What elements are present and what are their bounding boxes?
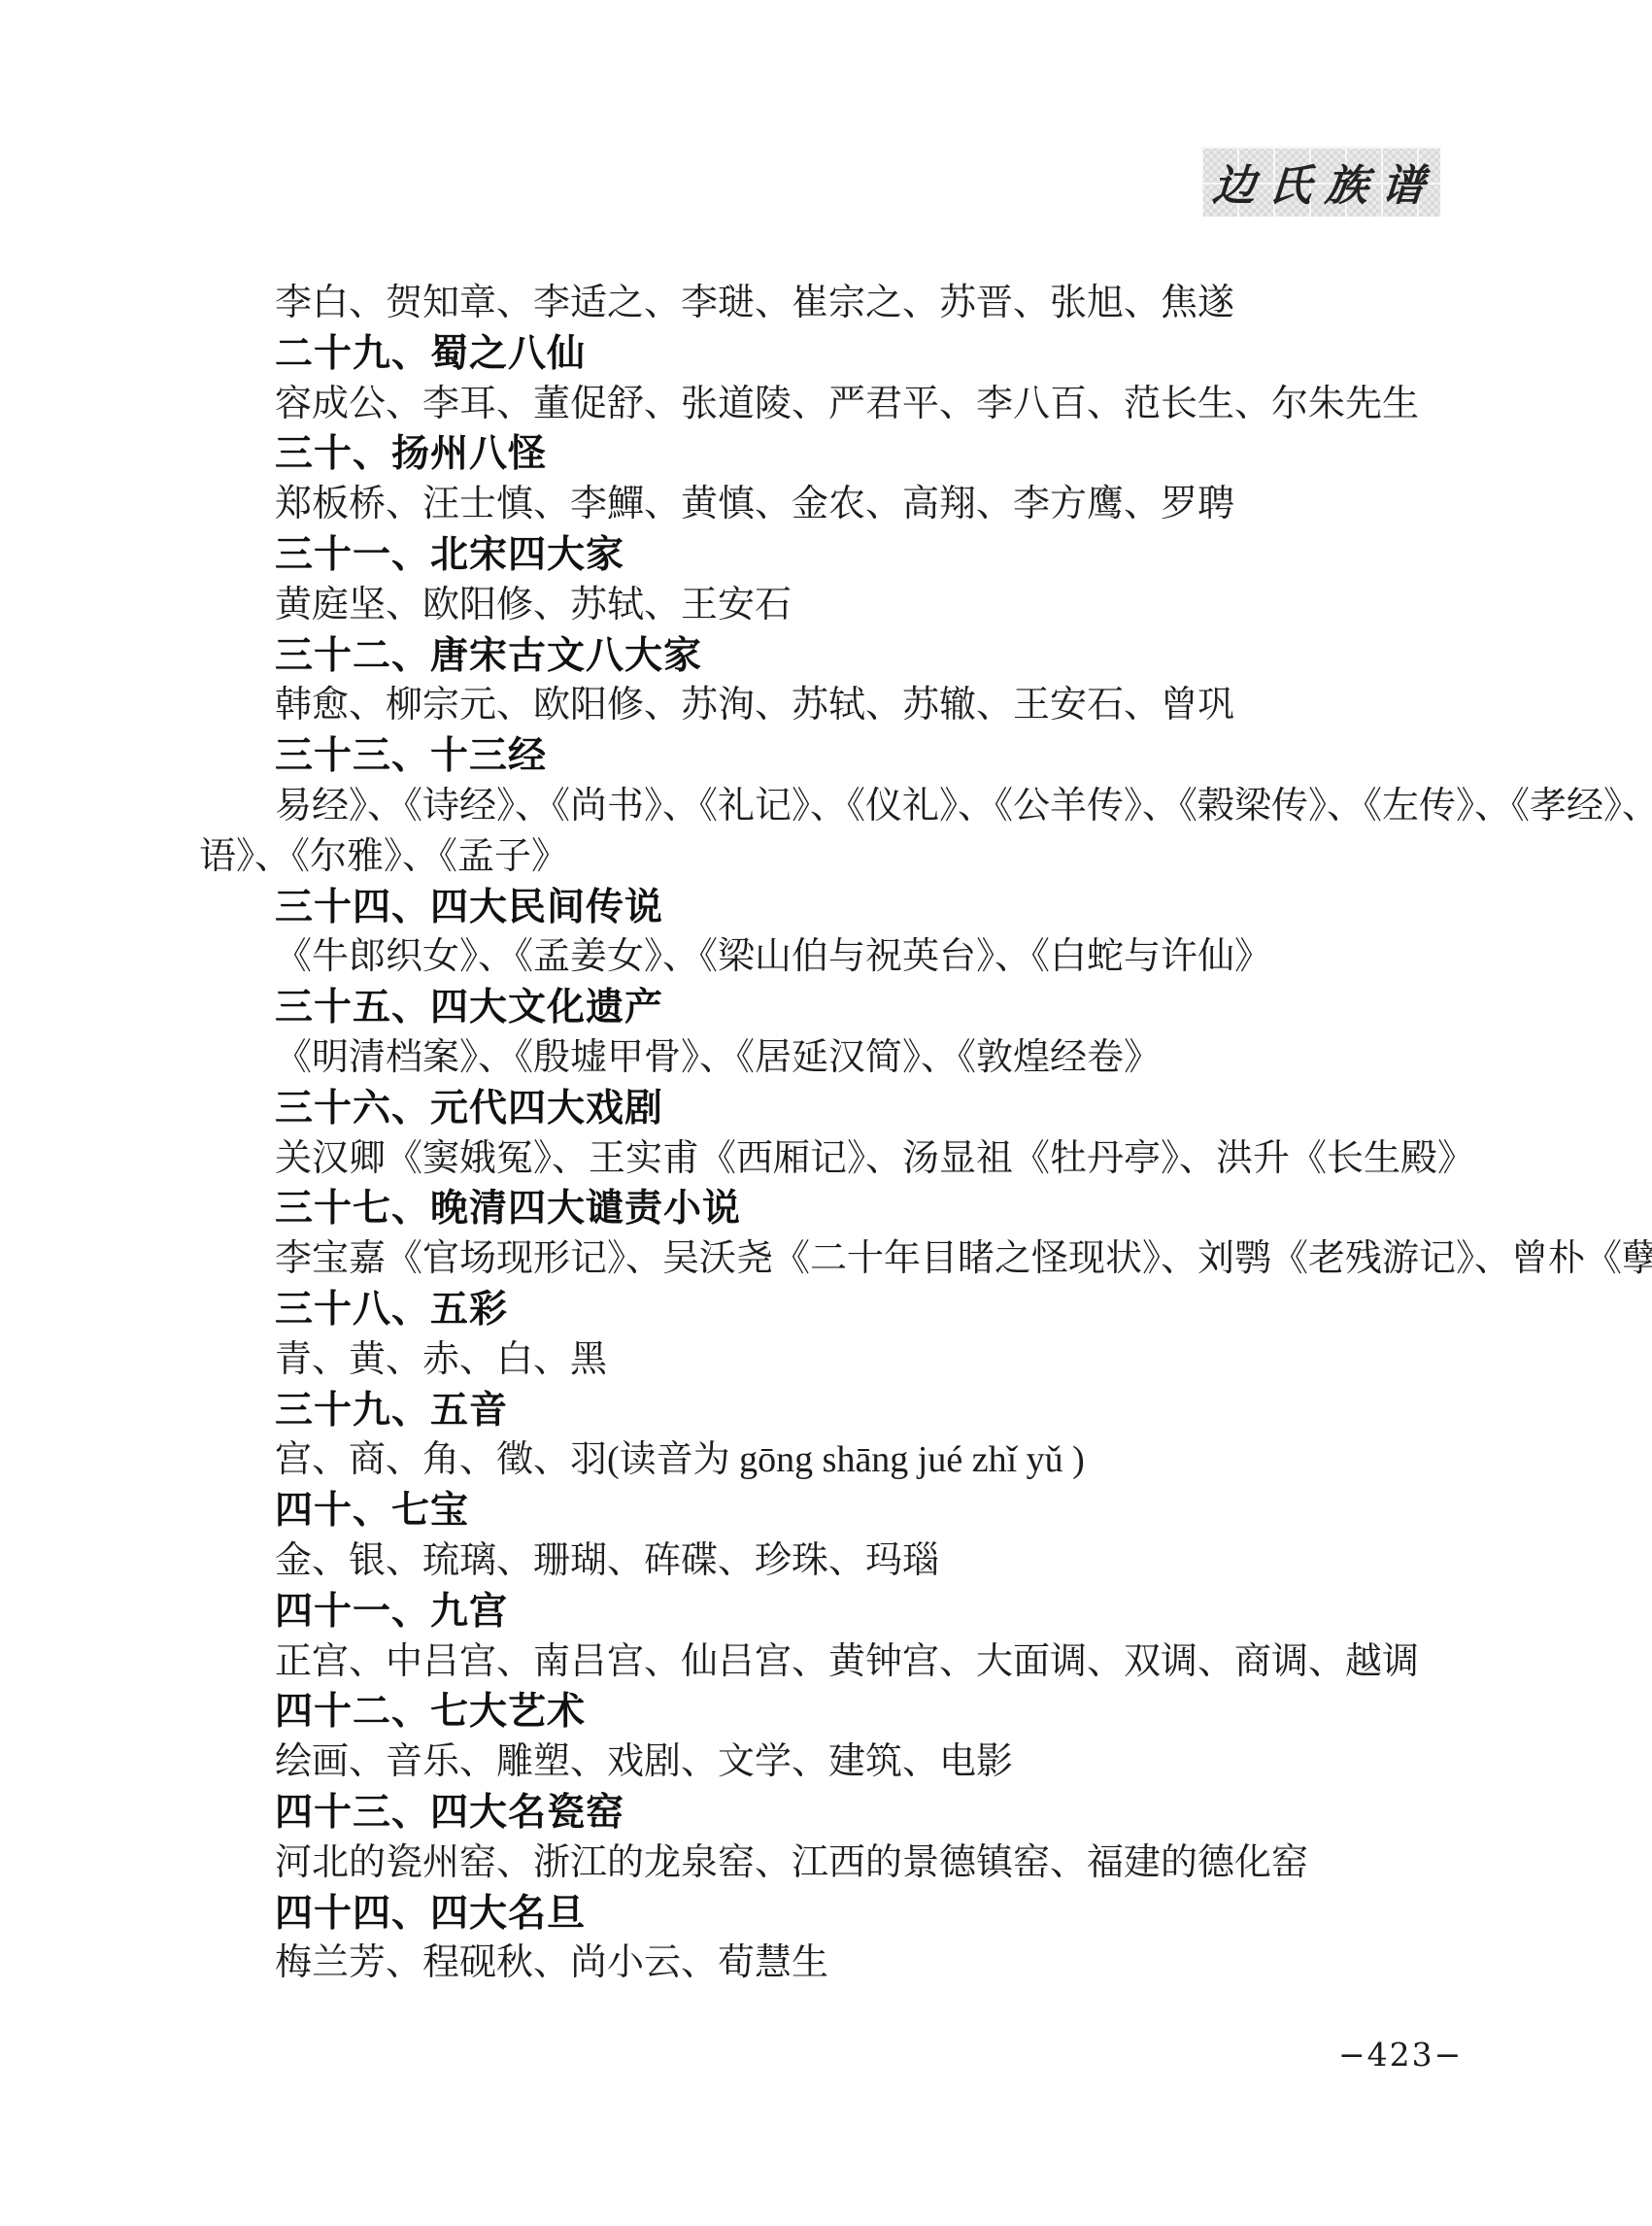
section-heading: 三十一、北宋四大家 xyxy=(199,530,1493,581)
text-line: 语》、《尔雅》、《孟子》 xyxy=(199,832,1493,883)
section-heading: 三十、扬州八怪 xyxy=(199,429,1493,480)
section-heading: 四十三、四大名瓷窑 xyxy=(199,1788,1493,1838)
text-line: 郑板桥、汪士慎、李鱓、黄慎、金农、高翔、李方鹰、罗聘 xyxy=(199,480,1493,530)
section-heading: 二十九、蜀之八仙 xyxy=(199,329,1493,380)
text-line: 绘画、音乐、雕塑、戏剧、文学、建筑、电影 xyxy=(199,1737,1493,1788)
running-head-block: 边氏族谱 xyxy=(1201,147,1440,217)
text-line: 《明清档案》、《殷墟甲骨》、《居延汉简》、《敦煌经卷》 xyxy=(199,1033,1493,1084)
page-body-text: 李白、贺知章、李适之、李琎、崔宗之、苏晋、张旭、焦遂二十九、蜀之八仙容成公、李耳… xyxy=(199,279,1493,1989)
text-line: 金、银、琉璃、珊瑚、砗碟、珍珠、玛瑙 xyxy=(199,1536,1493,1587)
section-heading: 三十五、四大文化遗产 xyxy=(199,983,1493,1033)
text-line: 容成公、李耳、董促舒、张道陵、严君平、李八百、范长生、尔朱先生 xyxy=(199,380,1493,430)
section-heading: 四十四、四大名旦 xyxy=(199,1889,1493,1939)
section-heading: 三十六、元代四大戏剧 xyxy=(199,1084,1493,1134)
text-line: 河北的瓷州窑、浙江的龙泉窑、江西的景德镇窑、福建的德化窑 xyxy=(199,1838,1493,1889)
text-line: 宫、商、角、徵、羽(读音为 gōng shāng jué zhǐ yǔ ) xyxy=(199,1435,1493,1486)
document-page: 边氏族谱 李白、贺知章、李适之、李琎、崔宗之、苏晋、张旭、焦遂二十九、蜀之八仙容… xyxy=(0,0,1652,2226)
text-line: 李宝嘉《官场现形记》、吴沃尧《二十年目睹之怪现状》、刘鹗《老残游记》、曾朴《孽海… xyxy=(199,1234,1493,1285)
section-heading: 四十一、九宫 xyxy=(199,1587,1493,1637)
section-heading: 四十二、七大艺术 xyxy=(199,1687,1493,1737)
text-line: 正宫、中吕宫、南吕宫、仙吕宫、黄钟宫、大面调、双调、商调、越调 xyxy=(199,1637,1493,1688)
text-line: 关汉卿《窦娥冤》、王实甫《西厢记》、汤显祖《牡丹亭》、洪升《长生殿》 xyxy=(199,1134,1493,1185)
section-heading: 三十八、五彩 xyxy=(199,1285,1493,1335)
text-line: 青、黄、赤、白、黑 xyxy=(199,1335,1493,1386)
text-line: 易经》、《诗经》、《尚书》、《礼记》、《仪礼》、《公羊传》、《榖梁传》、《左传》… xyxy=(199,782,1493,832)
section-heading: 三十二、唐宋古文八大家 xyxy=(199,631,1493,682)
text-line: 李白、贺知章、李适之、李琎、崔宗之、苏晋、张旭、焦遂 xyxy=(199,279,1493,329)
text-line: 《牛郎织女》、《孟姜女》、《梁山伯与祝英台》、《白蛇与许仙》 xyxy=(199,932,1493,983)
text-line: 韩愈、柳宗元、欧阳修、苏洵、苏轼、苏辙、王安石、曾巩 xyxy=(199,681,1493,731)
section-heading: 三十九、五音 xyxy=(199,1386,1493,1436)
book-title: 边氏族谱 xyxy=(1201,151,1440,213)
section-heading: 三十七、晚清四大谴责小说 xyxy=(199,1184,1493,1234)
section-heading: 三十四、四大民间传说 xyxy=(199,883,1493,933)
page-number: −423− xyxy=(1338,2036,1463,2074)
text-line: 黄庭坚、欧阳修、苏轼、王安石 xyxy=(199,581,1493,631)
text-line: 梅兰芳、程砚秋、尚小云、荀慧生 xyxy=(199,1939,1493,1989)
section-heading: 四十、七宝 xyxy=(199,1486,1493,1536)
section-heading: 三十三、十三经 xyxy=(199,731,1493,782)
